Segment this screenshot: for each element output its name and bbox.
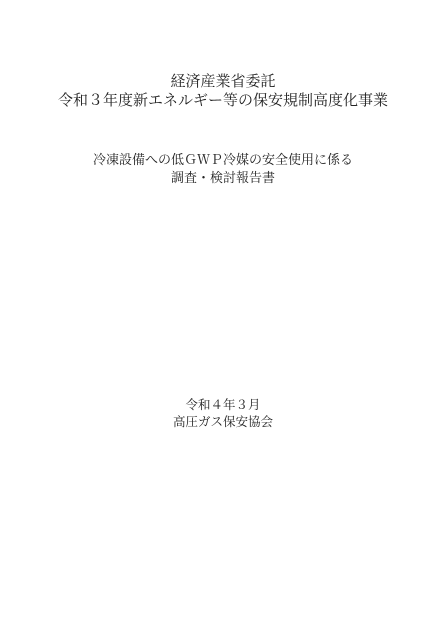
publication-date: 令和４年３月 — [0, 396, 446, 413]
organization-name: 高圧ガス保安協会 — [0, 413, 446, 430]
commission-label: 経済産業省委託 — [0, 72, 446, 91]
report-title-line-2: 調査・検討報告書 — [0, 170, 446, 188]
report-title-line-1: 冷凍設備への低ＧＷＰ冷媒の安全使用に係る — [0, 152, 446, 170]
report-title: 冷凍設備への低ＧＷＰ冷媒の安全使用に係る 調査・検討報告書 — [0, 152, 446, 188]
cover-footer: 令和４年３月 高圧ガス保安協会 — [0, 396, 446, 430]
project-title: 令和３年度新エネルギー等の保安規制高度化事業 — [0, 91, 446, 110]
cover-header: 経済産業省委託 令和３年度新エネルギー等の保安規制高度化事業 — [0, 72, 446, 110]
